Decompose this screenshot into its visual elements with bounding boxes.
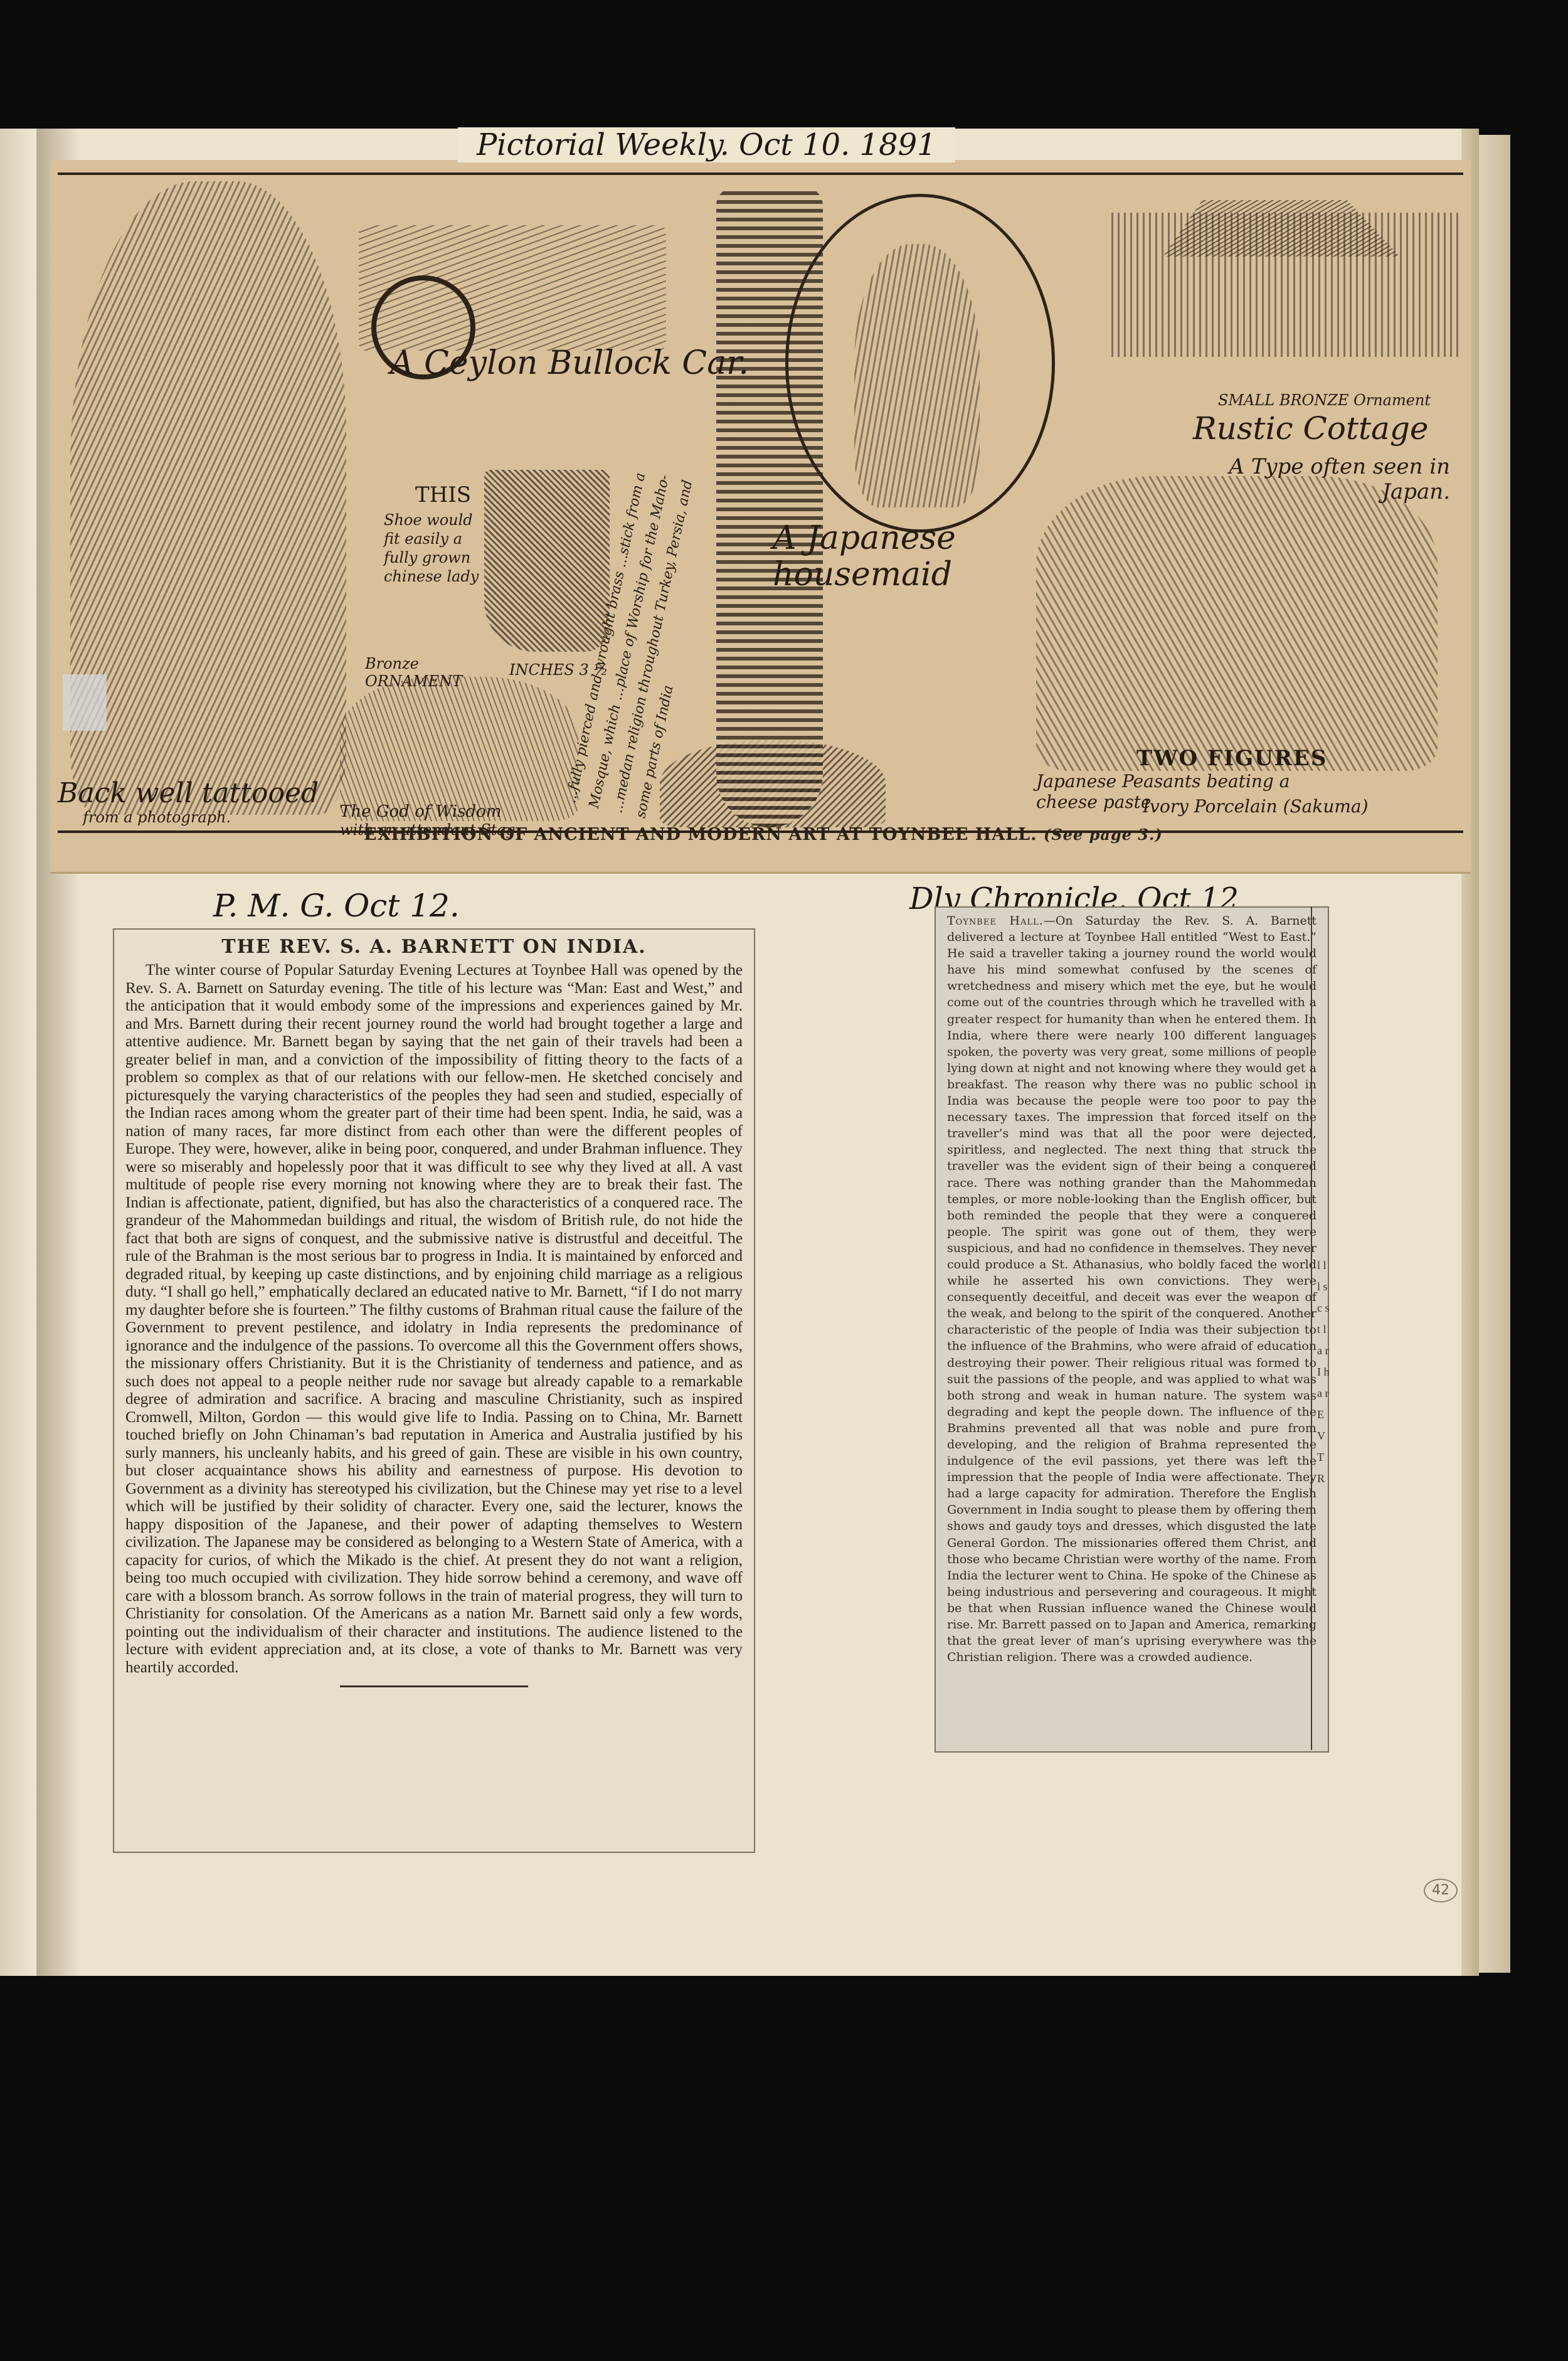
stacked-page-edges [1479, 135, 1510, 1973]
illustration-clipping: Pictorial Weekly. Oct 10. 1891 A Ceylon … [50, 160, 1471, 874]
tattooed-back-sketch [70, 181, 346, 815]
label-japanese-housemaid: A Japanese housemaid [773, 520, 1036, 593]
label-small-bronze-ornament: SMALL BRONZE Ornament [1218, 391, 1431, 409]
label-back-tattooed: Back well tattooed [58, 777, 319, 809]
illustration-caption: EXHIBITION OF ANCIENT AND MODERN ART AT … [364, 825, 1163, 844]
article-end-rule [340, 1685, 528, 1687]
label-god-of-wisdom: The God of Wisdom [340, 802, 502, 821]
article-body: The winter course of Popular Saturday Ev… [114, 962, 754, 1677]
page-number: 42 [1424, 1879, 1458, 1902]
label-ivory-porcelain: Ivory Porcelain (Sakuma) [1143, 796, 1369, 817]
housemaid-sketch [854, 244, 980, 507]
god-and-stag-sketch [340, 677, 578, 821]
caption-text: EXHIBITION OF ANCIENT AND MODERN ART AT … [364, 825, 1037, 844]
handwritten-source-pictorial-weekly: Pictorial Weekly. Oct 10. 1891 [458, 127, 955, 162]
label-ceylon-cart: A Ceylon Bullock Car. [390, 344, 749, 382]
illustration-frame: A Ceylon Bullock Car. THIS Shoe would fi… [58, 172, 1463, 833]
adjacent-page-edge [0, 129, 36, 1976]
label-type-seen-in-japan: A Type often seen in Japan. [1187, 454, 1450, 504]
handwritten-source-pmg: P. M. G. Oct 12. [213, 888, 460, 924]
article-lead: Toynbee Hall. [947, 914, 1044, 928]
label-rustic-cottage: Rustic Cottage [1193, 410, 1428, 447]
article-text: —On Saturday the Rev. S. A. Barnett deli… [947, 914, 1316, 1664]
caption-see-page: (See page 3.) [1044, 825, 1163, 844]
column-rule [1311, 906, 1312, 1750]
article-body: Toynbee Hall.—On Saturday the Rev. S. A.… [936, 908, 1328, 1670]
label-two-figures: TWO FIGURES [1136, 746, 1327, 771]
daily-chronicle-article-clipping: Toynbee Hall.—On Saturday the Rev. S. A.… [935, 906, 1329, 1753]
label-shoe-this: THIS [415, 482, 471, 507]
two-figures-sketch [1036, 476, 1438, 771]
label-shoe-description: Shoe would fit easily a fully grown chin… [384, 511, 490, 586]
tape-piece [63, 674, 107, 731]
rustic-cottage-sketch [1111, 213, 1463, 357]
pmg-article-clipping: THE REV. S. A. BARNETT ON INDIA. The win… [113, 928, 755, 1853]
label-from-photograph: from a photograph. [83, 809, 231, 826]
chinese-shoe-sketch [484, 470, 610, 652]
article-title: THE REV. S. A. BARNETT ON INDIA. [114, 930, 754, 962]
neighbor-column-fragments: l l l s c s t l a r I h a r E V T R [1317, 1255, 1330, 1744]
label-bronze-ornament: Bronze ORNAMENT [365, 655, 447, 690]
